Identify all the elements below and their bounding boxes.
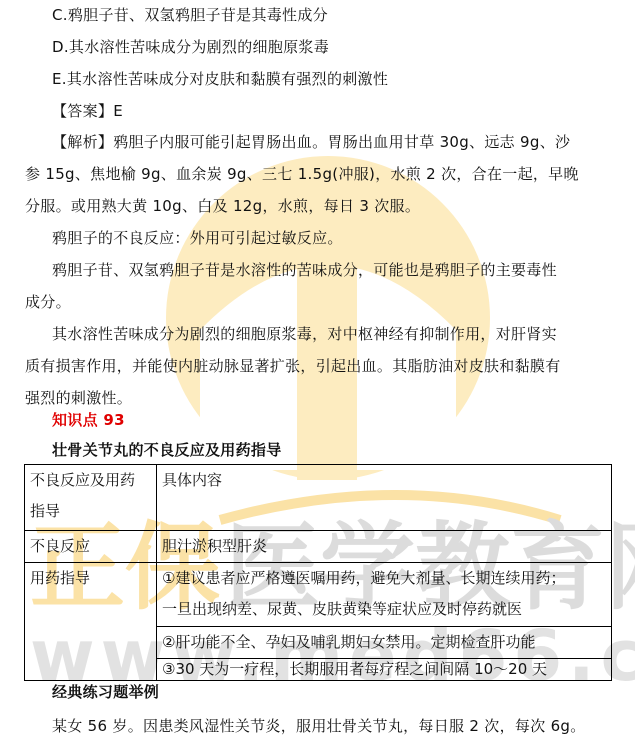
toxicity-line: 质有损害作用，并能使内脏动脉显著扩张，引起出血。其脂肪油对皮肤和黏膜有	[25, 356, 561, 376]
analysis-line: 【解析】鸦胆子内服可能引起胃肠出血。胃肠出血用甘草 30g、远志 9g、沙	[52, 132, 570, 152]
toxicity-line: 强烈的刺激性。	[25, 388, 132, 408]
option-d: D.其水溶性苦味成分为剧烈的细胞原浆毒	[52, 37, 329, 57]
section-title: 壮骨关节丸的不良反应及用药指导	[52, 440, 282, 460]
document-page: C.鸦胆子苷、双氢鸦胆子苷是其毒性成分 D.其水溶性苦味成分为剧烈的细胞原浆毒 …	[0, 0, 635, 748]
analysis-line: 分服。或用熟大黄 10g、白及 12g，水煎，每日 3 次服。	[25, 196, 420, 216]
guidance-label: 用药指导	[25, 563, 157, 681]
adverse-reaction-paragraph: 鸦胆子的不良反应：外用可引起过敏反应。	[52, 228, 343, 248]
answer: 【答案】E	[52, 101, 123, 121]
practice-title: 经典练习题举例	[52, 682, 159, 702]
analysis-line: 参 15g、焦地榆 9g、血余炭 9g、三七 1.5g(冲服)，水煎 2 次，合…	[25, 164, 579, 184]
header-col1-line: 指导	[30, 496, 156, 527]
guidance-item-2: ②肝功能不全、孕妇及哺乳期妇女禁用。定期检查肝功能	[157, 627, 612, 659]
table-header-row: 不良反应及用药 指导 具体内容	[25, 465, 612, 531]
practice-question: 某女 56 岁。因患类风湿性关节炎，服用壮骨关节丸，每日服 2 次，每次 6g。	[52, 716, 586, 736]
adverse-label: 不良反应	[25, 531, 157, 563]
guidance-item-line: ①建议患者应严格遵医嘱用药，避免大剂量、长期连续用药；	[162, 563, 611, 594]
toxic-component-line: 成分。	[25, 292, 71, 312]
guidance-item-1: ①建议患者应严格遵医嘱用药，避免大剂量、长期连续用药； 一旦出现纳差、尿黄、皮肤…	[157, 563, 612, 627]
option-e: E.其水溶性苦味成分对皮肤和黏膜有强烈的刺激性	[52, 69, 388, 89]
option-c: C.鸦胆子苷、双氢鸦胆子苷是其毒性成分	[52, 5, 328, 25]
header-col1: 不良反应及用药 指导	[25, 465, 157, 531]
toxicity-line: 其水溶性苦味成分为剧烈的细胞原浆毒，对中枢神经有抑制作用，对肝肾实	[52, 324, 557, 344]
table-row-guidance: 用药指导 ①建议患者应严格遵医嘱用药，避免大剂量、长期连续用药； 一旦出现纳差、…	[25, 563, 612, 627]
guidance-item-3: ③30 天为一疗程，长期服用者每疗程之间间隔 10～20 天	[157, 659, 612, 681]
header-col1-line: 不良反应及用药	[30, 465, 156, 496]
adverse-content: 胆汁淤积型肝炎	[157, 531, 612, 563]
knowledge-point-label: 知识点 93	[52, 410, 125, 430]
header-col2: 具体内容	[157, 465, 612, 531]
table-row-adverse: 不良反应 胆汁淤积型肝炎	[25, 531, 612, 563]
guidance-table: 不良反应及用药 指导 具体内容 不良反应 胆汁淤积型肝炎 用药指导 ①建议患者应…	[24, 464, 612, 681]
guidance-item-line: 一旦出现纳差、尿黄、皮肤黄染等症状应及时停药就医	[162, 594, 611, 625]
toxic-component-line: 鸦胆子苷、双氢鸦胆子苷是水溶性的苦味成分，可能也是鸦胆子的主要毒性	[52, 260, 557, 280]
